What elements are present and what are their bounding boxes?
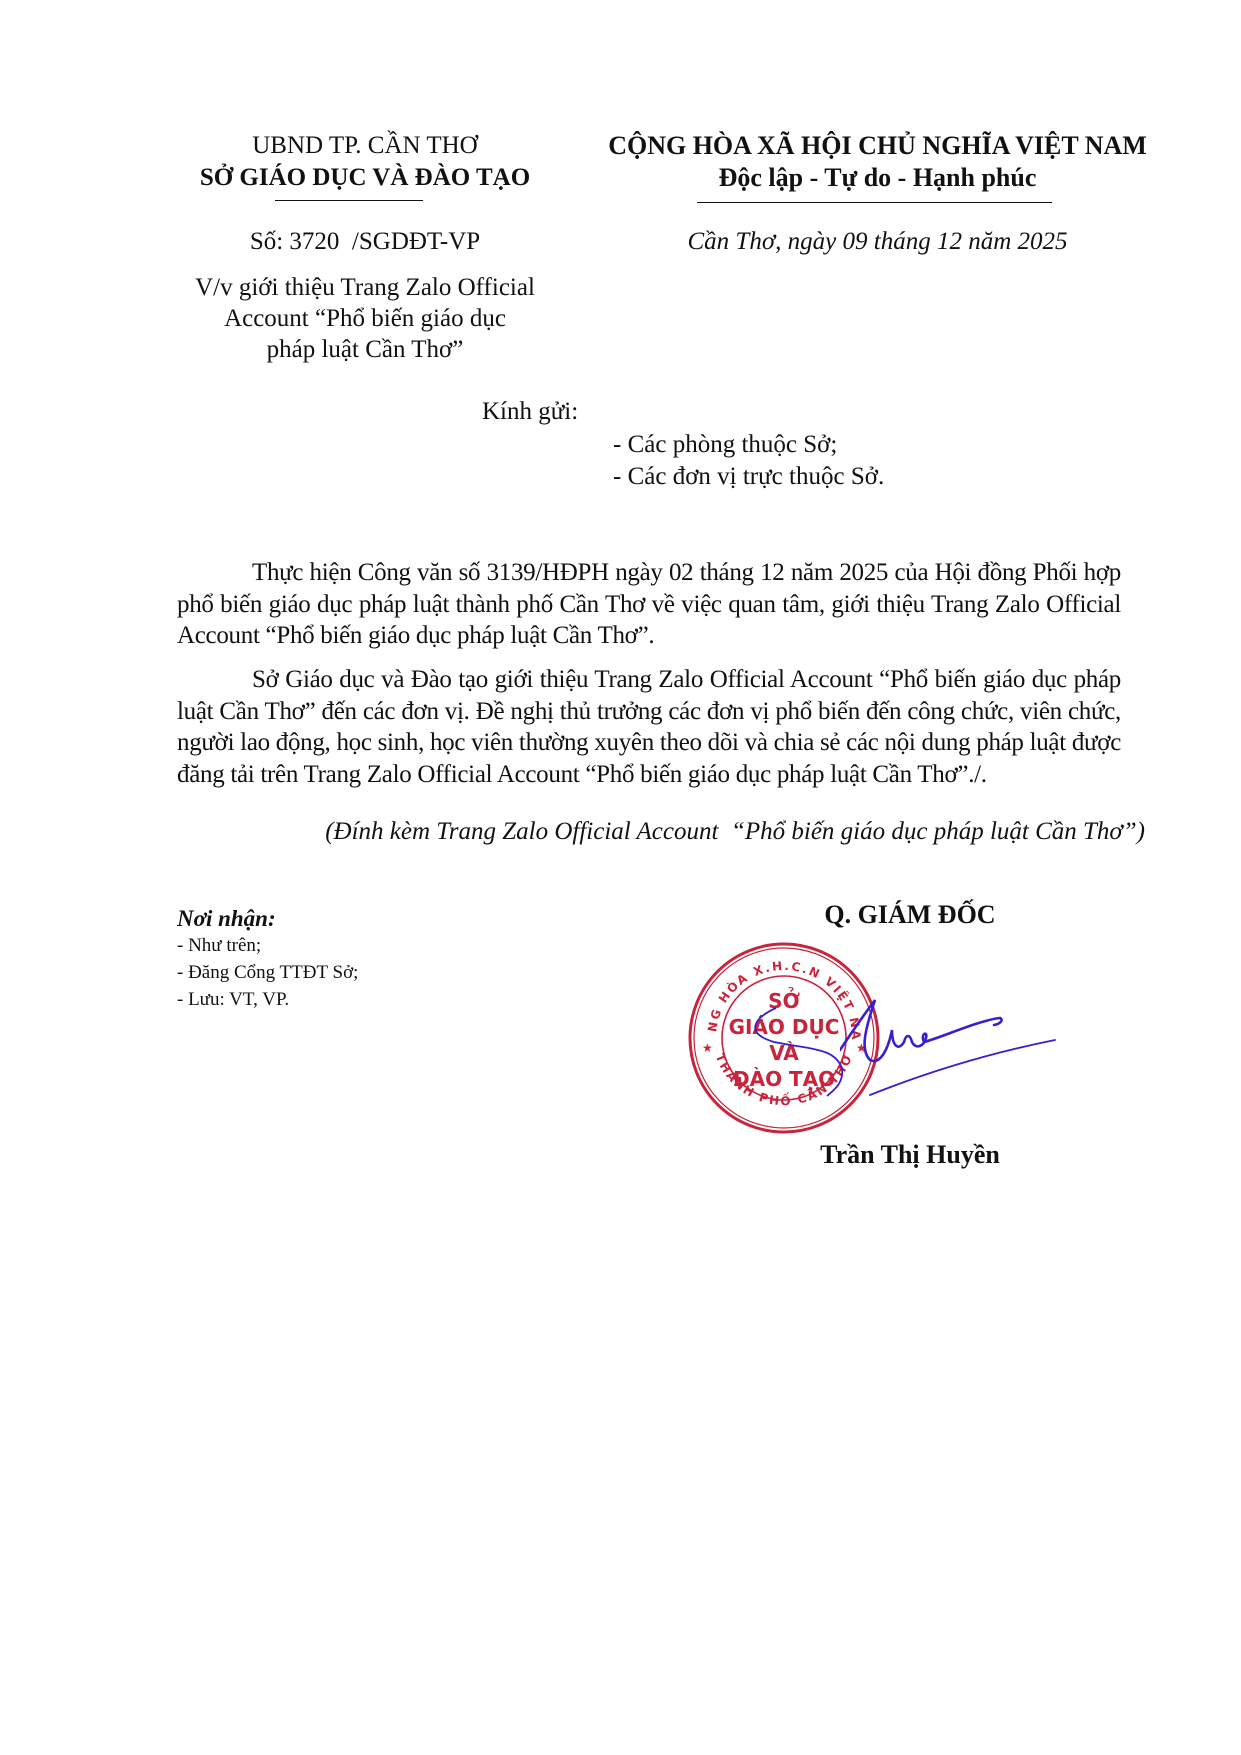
subject-line: V/v giới thiệu Trang Zalo Official <box>150 272 580 303</box>
agency-name: SỞ GIÁO DỤC VÀ ĐÀO TẠO <box>150 162 580 194</box>
signature-icon <box>840 990 1060 1100</box>
national-header: CỘNG HÒA XÃ HỘI CHỦ NGHĨA VIỆT NAM Độc l… <box>585 130 1170 194</box>
motto-underline <box>697 202 1052 203</box>
svg-text:GIÁO DỤC: GIÁO DỤC <box>729 1015 840 1039</box>
national-motto: Độc lập - Tự do - Hạnh phúc <box>585 162 1170 194</box>
place-date: Cần Thơ, ngày 09 tháng 12 năm 2025 <box>585 228 1170 256</box>
body-paragraph: Thực hiện Công văn số 3139/HĐPH ngày 02 … <box>177 557 1121 652</box>
distribution-title: Nơi nhận: <box>177 906 276 932</box>
signer-name: Trần Thị Huyền <box>760 1140 1060 1170</box>
recipient-item: - Các phòng thuộc Sở; <box>613 431 837 459</box>
distribution-item: - Lưu: VT, VP. <box>177 989 289 1011</box>
distribution-item: - Như trên; <box>177 935 261 957</box>
subject-line: pháp luật Cần Thơ” <box>150 334 580 365</box>
country-name: CỘNG HÒA XÃ HỘI CHỦ NGHĨA VIỆT NAM <box>585 130 1170 162</box>
agency-parent: UBND TP. CẦN THƠ <box>150 130 580 162</box>
signer-title: Q. GIÁM ĐỐC <box>780 900 1040 930</box>
svg-text:★: ★ <box>702 1041 713 1055</box>
agency-underline <box>275 200 423 201</box>
recipient-item: - Các đơn vị trực thuộc Sở. <box>613 463 884 491</box>
distribution-item: - Đăng Cổng TTĐT Sở; <box>177 962 358 984</box>
agency-header: UBND TP. CẦN THƠ SỞ GIÁO DỤC VÀ ĐÀO TẠO <box>150 130 580 194</box>
document-subject: V/v giới thiệu Trang Zalo Official Accou… <box>150 272 580 365</box>
recipients-label: Kính gửi: <box>482 398 578 426</box>
svg-text:ĐÀO TẠO: ĐÀO TẠO <box>733 1067 835 1091</box>
attachment-note: (Đính kèm Trang Zalo Official Account “P… <box>177 818 1145 846</box>
subject-line: Account “Phổ biến giáo dục <box>150 303 580 334</box>
document-number: Số: 3720 /SGDĐT-VP <box>150 228 580 256</box>
body-paragraph: Sở Giáo dục và Đào tạo giới thiệu Trang … <box>177 664 1121 790</box>
